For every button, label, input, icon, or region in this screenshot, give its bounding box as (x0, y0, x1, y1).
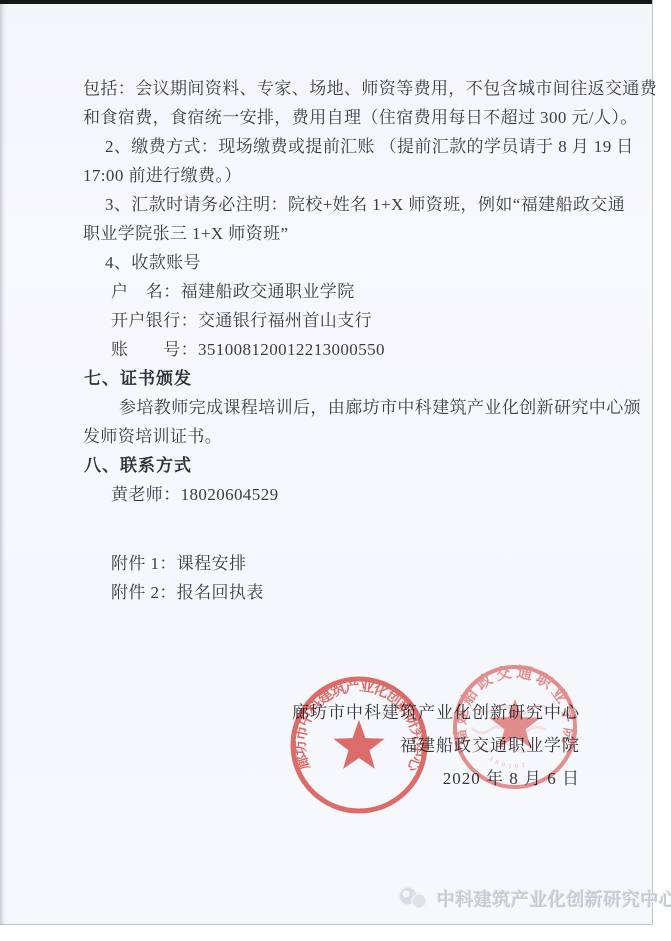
signature-org-1: 廊坊市中科建筑产业化创新研究中心 (0, 696, 580, 729)
bank-line: 开户银行：交通银行福州首山支行 (0, 306, 652, 335)
doc-line: 3、汇款时请务必注明：院校+姓名 1+X 师资班，例如“福建船政交通 (0, 190, 652, 219)
footer-watermark: 中科建筑产业化创新研究中心 (396, 884, 671, 914)
doc-line: 发师资培训证书。 (0, 422, 652, 451)
document-page: 包括：会议期间资料、专家、场地、师资等费用，不包含城市间往返交通费 和食宿费，食… (0, 0, 653, 925)
doc-line: 2、缴费方式：现场缴费或提前汇账 （提前汇款的学员请于 8 月 19 日 (0, 132, 652, 161)
scanned-document: { "page": { "paper_color": "#f7f8fb", "t… (0, 0, 671, 941)
doc-line: 4、收款账号 (0, 248, 652, 277)
watermark-text: 中科建筑产业化创新研究中心 (437, 886, 671, 912)
scan-edge-bar (0, 0, 652, 4)
section-header-contact: 八、联系方式 (0, 451, 652, 480)
signature-org-2: 福建船政交通职业学院 (0, 729, 580, 762)
signature-date: 2020 年 8 月 6 日 (0, 762, 580, 795)
doc-line: 17:00 前进行缴费。） (0, 161, 652, 190)
contact-phone-line: 黄老师：18020604529 (0, 480, 652, 509)
account-number-line: 账 号：351008120012213000550 (0, 335, 652, 364)
document-body: 包括：会议期间资料、专家、场地、师资等费用，不包含城市间往返交通费 和食宿费，食… (0, 74, 652, 607)
doc-line: 包括：会议期间资料、专家、场地、师资等费用，不包含城市间往返交通费 (0, 74, 652, 103)
doc-line: 参培教师完成课程培训后，由廊坊市中科建筑产业化创新研究中心颁 (0, 393, 652, 422)
attachment-1-line: 附件 1：课程安排 (0, 549, 652, 578)
account-name-line: 户 名：福建船政交通职业学院 (0, 277, 652, 306)
section-header-certificate: 七、证书颁发 (0, 364, 652, 393)
doc-line: 和食宿费，食宿统一安排，费用自理（住宿费用每日不超过 300 元/人）。 (0, 103, 652, 132)
center-logo-icon (396, 884, 430, 914)
doc-line: 职业学院张三 1+X 师资班” (0, 219, 652, 248)
attachment-2-line: 附件 2：报名回执表 (0, 578, 652, 607)
signature-block: 廊坊市中科建筑产业化创新研究中心 福建船政交通职业学院 2020 年 8 月 6… (0, 696, 580, 795)
